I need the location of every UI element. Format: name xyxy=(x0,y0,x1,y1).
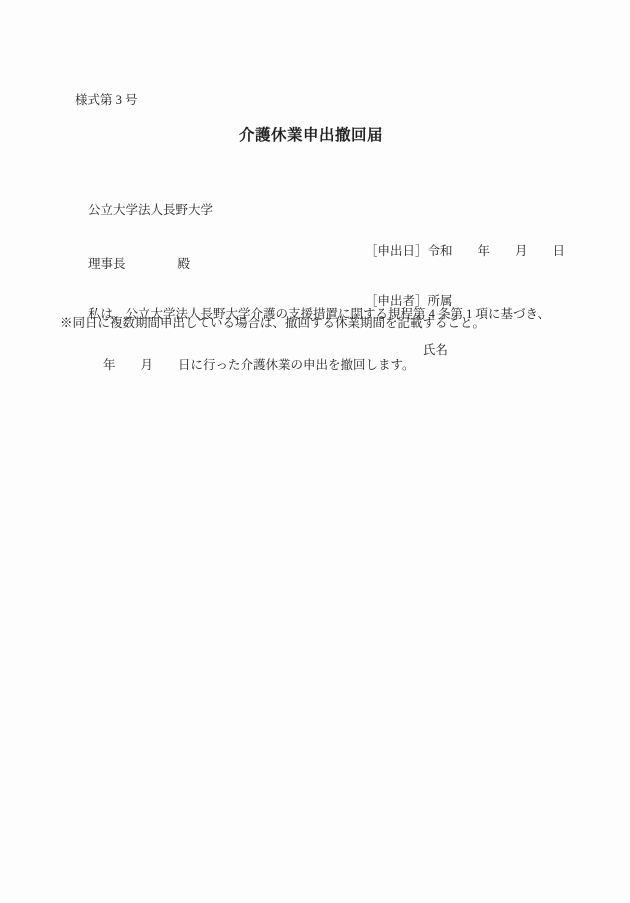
document-title: 介護休業申出撤回届 xyxy=(0,127,622,146)
submission-date-line: ［申出日］令和 年 月 日 xyxy=(365,243,565,260)
document-page: 様式第 3 号 介護休業申出撤回届 公立大学法人長野大学 理事長殿 ［申出日］令… xyxy=(0,0,630,903)
submission-date-value: 令和 年 月 日 xyxy=(428,244,566,258)
form-number: 様式第 3 号 xyxy=(75,94,138,107)
addressee-organization: 公立大学法人長野大学 xyxy=(88,201,213,219)
addressee-role: 理事長 xyxy=(88,257,126,271)
submission-date-label: ［申出日］ xyxy=(365,244,428,258)
addressee-honorific: 殿 xyxy=(178,257,191,271)
addressee-role-line: 理事長殿 xyxy=(88,255,213,273)
body-line-2: 年 月 日に行った介護休業の申出を撤回します。 xyxy=(60,357,580,374)
footnote: ※同日に複数期間申出している場合は、撤回する休業期間を記載すること。 xyxy=(60,316,485,331)
body-paragraph: 私は、公立大学法人長野大学介護の支援措置に関する規程第 4 条第 1 項に基づき… xyxy=(60,272,580,408)
